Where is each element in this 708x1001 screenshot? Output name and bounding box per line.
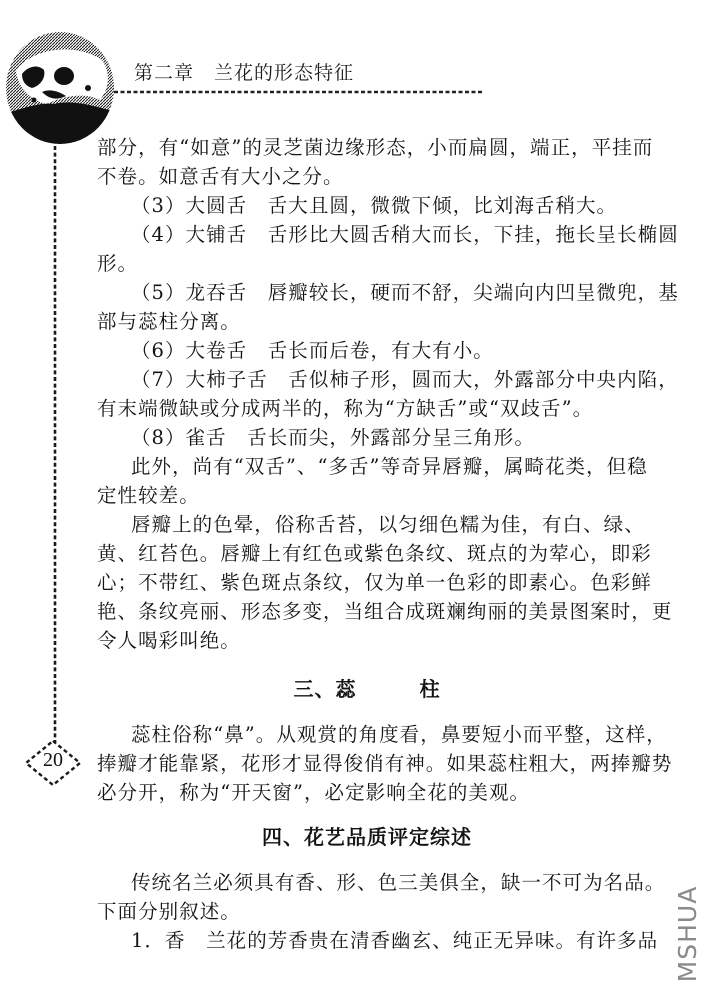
paragraph-start: 传统名兰必须具有香、形、色三美俱全，缺一不可为名品。: [97, 868, 637, 897]
text-line: 艳、条纹亮丽、形态多变，当组合成斑斓绚丽的美景图案时，更: [97, 597, 637, 626]
text-line: 心；不带红、紫色斑点条纹，仅为单一色彩的即素心。色彩鲜: [97, 568, 637, 597]
list-item-6: （6）大卷舌 舌长而后卷，有大有小。: [97, 336, 637, 365]
section-heading-column: 三、蕊 柱: [97, 675, 637, 704]
running-head-chapter-title: 第二章 兰花的形态特征: [134, 58, 354, 85]
text-line: 令人喝彩叫绝。: [97, 626, 637, 655]
paragraph-start: 蕊柱俗称“鼻”。从观赏的角度看，鼻要短小而平整，这样，: [97, 720, 637, 749]
text-line: 不卷。如意舌有大小之分。: [97, 162, 637, 191]
text-line: 下面分别叙述。: [97, 897, 637, 926]
text-line: 必分开，称为“开天窗”，必定影响全花的美观。: [97, 778, 637, 807]
list-item-3: （3）大圆舌 舌大且圆，微微下倾，比刘海舌稍大。: [97, 191, 637, 220]
text-line: 部分，有“如意”的灵芝菌边缘形态，小而扁圆，端正，平挂而: [97, 133, 637, 162]
list-item-7: （7）大柿子舌 舌似柿子形，圆而大，外露部分中央内陷，: [97, 365, 637, 394]
page-number: 20: [22, 749, 84, 772]
text-line: 捧瓣才能靠紧，花形才显得俊俏有神。如果蕊柱粗大，两捧瓣势: [97, 749, 637, 778]
list-item-fragrance: 1．香 兰花的芳香贵在清香幽玄、纯正无异味。有许多品: [97, 926, 637, 955]
body-text: 部分，有“如意”的灵芝菌边缘形态，小而扁圆，端正，平挂而 不卷。如意舌有大小之分…: [97, 133, 637, 955]
section-heading-quality-review: 四、花艺品质评定综述: [97, 823, 637, 852]
list-item-5: （5）龙吞舌 唇瓣较长，硬而不舒，尖端向内凹呈微兜，基: [97, 278, 637, 307]
text-line: 有末端微缺或分成两半的，称为“方缺舌”或“双歧舌”。: [97, 394, 637, 423]
margin-chain-decoration: [50, 146, 60, 742]
watermark-text: MSHUA: [673, 879, 701, 989]
list-item-4: （4）大铺舌 舌形比大圆舌稍大而长，下挂，拖长呈长椭圆: [97, 220, 637, 249]
text-line: 部与蕊柱分离。: [97, 307, 637, 336]
text-line: 黄、红苔色。唇瓣上有红色或紫色条纹、斑点的为荤心，即彩: [97, 539, 637, 568]
text-line: 定性较差。: [97, 481, 637, 510]
dotted-header-rule: [114, 89, 484, 95]
orchid-photo-circle-icon: [4, 30, 116, 146]
list-item-8: （8）雀舌 舌长而尖，外露部分呈三角形。: [97, 423, 637, 452]
text-line: 形。: [97, 249, 637, 278]
paragraph-start: 此外，尚有“双舌”、“多舌”等奇异唇瓣，属畸花类，但稳: [97, 452, 637, 481]
paragraph-start: 唇瓣上的色晕，俗称舌苔，以匀细色糯为佳，有白、绿、: [97, 510, 637, 539]
